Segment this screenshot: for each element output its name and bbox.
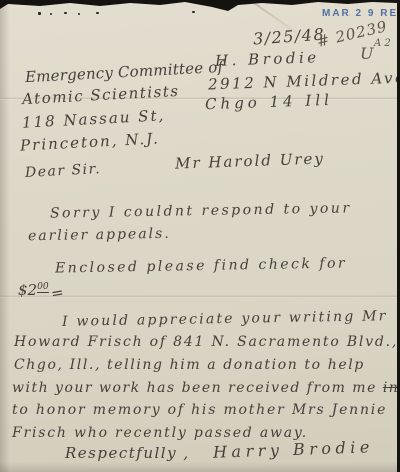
paragraph3-line6: Frisch who recently passed away. bbox=[12, 425, 308, 441]
paragraph1-line2: earlier appeals. bbox=[28, 226, 171, 244]
paragraph2-line1: Enclosed please find check for bbox=[55, 255, 347, 276]
paragraph3-line4-text: with your work has been received from me bbox=[12, 380, 377, 396]
attention-line: Mr Harold Urey bbox=[175, 149, 325, 172]
amount-mark: = bbox=[49, 283, 65, 303]
paper-edge-shadow-left bbox=[0, 0, 10, 472]
recipient-line4: Princeton, N.J. bbox=[20, 129, 161, 154]
recipient-line2: Atomic Scientists bbox=[22, 82, 180, 108]
paper-speck bbox=[38, 12, 41, 15]
paper-speck bbox=[96, 12, 99, 14]
paragraph3-line1: I would appreciate your writing Mr bbox=[62, 308, 388, 330]
amount-cents: 00 bbox=[37, 282, 48, 293]
struck-word: in bbox=[383, 380, 400, 396]
sender-name: H. Brodie bbox=[215, 48, 320, 70]
paper-edge-shadow-bottom bbox=[0, 462, 400, 472]
paragraph3-line2: Howard Frisch of 841 N. Sacramento Blvd.… bbox=[14, 334, 398, 350]
recipient-line1: Emergency Committee of bbox=[25, 58, 224, 86]
amount-dollars: $2 bbox=[18, 281, 37, 299]
paper-speck bbox=[64, 12, 67, 14]
recipient-line3: 118 Nassau St, bbox=[22, 106, 166, 131]
paragraph3-line5: to honor memory of his mother Mrs Jennie bbox=[12, 402, 387, 418]
paragraph3-line4: with your work has been received from me… bbox=[12, 380, 399, 396]
sender-street: 2912 N Mildred Ave bbox=[208, 69, 400, 94]
received-date-stamp: MAR 2 9 RECD bbox=[322, 8, 400, 19]
paragraph1-line1: Sorry I couldnt respond to your bbox=[50, 200, 352, 221]
paper-speck bbox=[78, 13, 80, 15]
closing-word: Respectfully , bbox=[65, 444, 190, 462]
check-amount: $200= bbox=[18, 281, 63, 299]
letter-paper: MAR 2 9 RECD 3/25/48 # 20239 A 2 U H. Br… bbox=[0, 0, 400, 472]
sender-city: Chgo 14 Ill bbox=[205, 91, 333, 113]
scanned-letter: { "received_stamp": { "text": "MAR 2 9 R… bbox=[0, 0, 400, 472]
pencil-code-a: A 2 bbox=[374, 38, 391, 49]
salutation: Dear Sir. bbox=[25, 161, 102, 181]
paper-speck bbox=[50, 13, 52, 15]
paper-speck bbox=[192, 11, 195, 13]
paragraph3-line3: Chgo, Ill., telling him a donation to he… bbox=[14, 357, 365, 373]
pencil-code-u: U bbox=[360, 44, 373, 63]
